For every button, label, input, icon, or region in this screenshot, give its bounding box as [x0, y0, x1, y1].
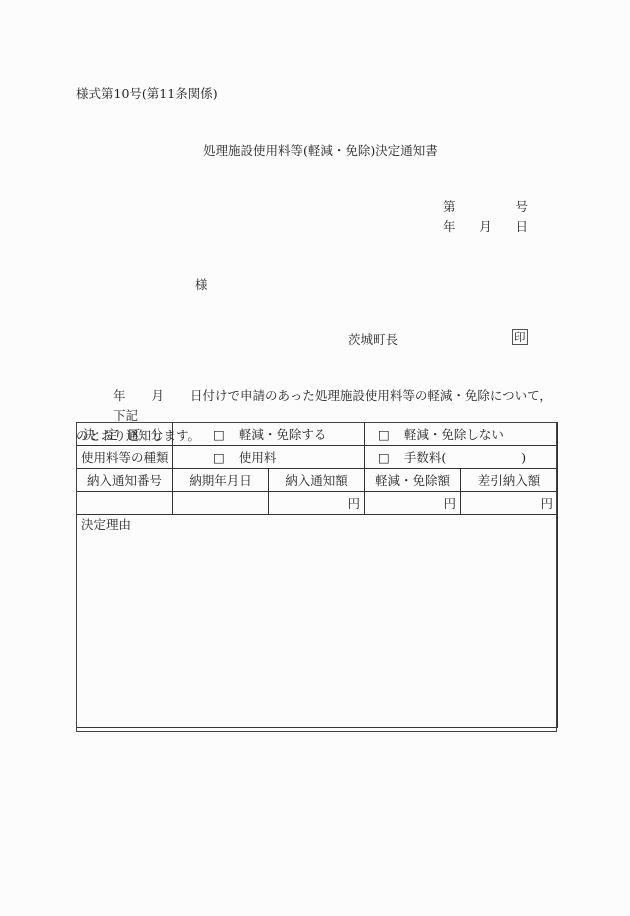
body-month: 月	[152, 388, 165, 403]
decision-option-deny[interactable]: □軽減・免除しない	[365, 423, 558, 446]
fee-type-row: 使用料等の種類 □使用料 □手数料( )	[77, 446, 558, 469]
reason-row: 決定理由	[77, 515, 558, 728]
column-header: 差引納入額	[461, 469, 558, 492]
column-header: 納入通知番号	[77, 469, 173, 492]
body-text-line1: 日付けで申請のあった処理施設使用料等の軽減・免除について，下記	[113, 388, 552, 423]
date-month: 月	[479, 217, 492, 235]
fee-type-option-usage[interactable]: □使用料	[173, 446, 365, 469]
decision-label: 決定区分	[77, 423, 173, 446]
checkbox-icon[interactable]: □	[378, 450, 390, 465]
date-day: 日	[515, 217, 528, 235]
decision-row: 決定区分 □軽減・免除する □軽減・免除しない	[77, 423, 558, 446]
column-header: 納入通知額	[269, 469, 365, 492]
option-label: 手数料( )	[404, 450, 526, 465]
seal-mark: 印	[512, 329, 528, 345]
column-header-row: 納入通知番号 納期年月日 納入通知額 軽減・免除額 差引納入額	[77, 469, 558, 492]
document-number: 第 号	[443, 197, 528, 215]
value-row: 円 円 円	[77, 492, 558, 515]
notice-number-cell[interactable]	[77, 492, 173, 515]
checkbox-icon[interactable]: □	[213, 427, 225, 442]
document-title: 処理施設使用料等(軽減・免除)決定通知書	[203, 141, 438, 159]
decision-table: 決定区分 □軽減・免除する □軽減・免除しない 使用料等の種類 □使用料 □手数…	[76, 422, 558, 728]
option-label: 軽減・免除する	[239, 427, 327, 442]
document-date: 年 月 日	[443, 217, 528, 235]
fee-type-label: 使用料等の種類	[77, 446, 173, 469]
date-year: 年	[443, 217, 456, 235]
decision-option-apply[interactable]: □軽減・免除する	[173, 423, 365, 446]
column-header: 納期年月日	[173, 469, 269, 492]
fee-type-option-fee[interactable]: □手数料( )	[365, 446, 558, 469]
reason-cell[interactable]: 決定理由	[77, 515, 558, 728]
sender-name: 茨城町長	[348, 330, 398, 348]
option-label: 軽減・免除しない	[404, 427, 504, 442]
notice-amount-cell[interactable]: 円	[269, 492, 365, 515]
number-suffix: 号	[515, 197, 528, 215]
net-amount-cell[interactable]: 円	[461, 492, 558, 515]
column-header: 軽減・免除額	[365, 469, 461, 492]
checkbox-icon[interactable]: □	[378, 427, 390, 442]
addressee-honorific: 様	[195, 275, 208, 293]
body-year: 年	[113, 388, 126, 403]
option-label: 使用料	[239, 450, 277, 465]
checkbox-icon[interactable]: □	[213, 450, 225, 465]
due-date-cell[interactable]	[173, 492, 269, 515]
reason-label: 決定理由	[81, 517, 131, 532]
form-number: 様式第10号(第11条関係)	[76, 84, 218, 102]
number-prefix: 第	[443, 197, 456, 215]
reduction-amount-cell[interactable]: 円	[365, 492, 461, 515]
